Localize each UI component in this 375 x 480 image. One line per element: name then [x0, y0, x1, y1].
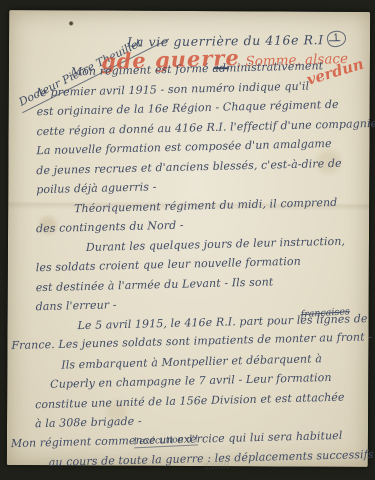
page-background: { "document": { "title": "La vie guerriè…	[0, 0, 375, 480]
manuscript-body: Mon régiment est formé administrativemen…	[35, 63, 375, 474]
manuscript-paper: Docteur Pierre Theuillet La vie guerrièr…	[7, 10, 370, 467]
